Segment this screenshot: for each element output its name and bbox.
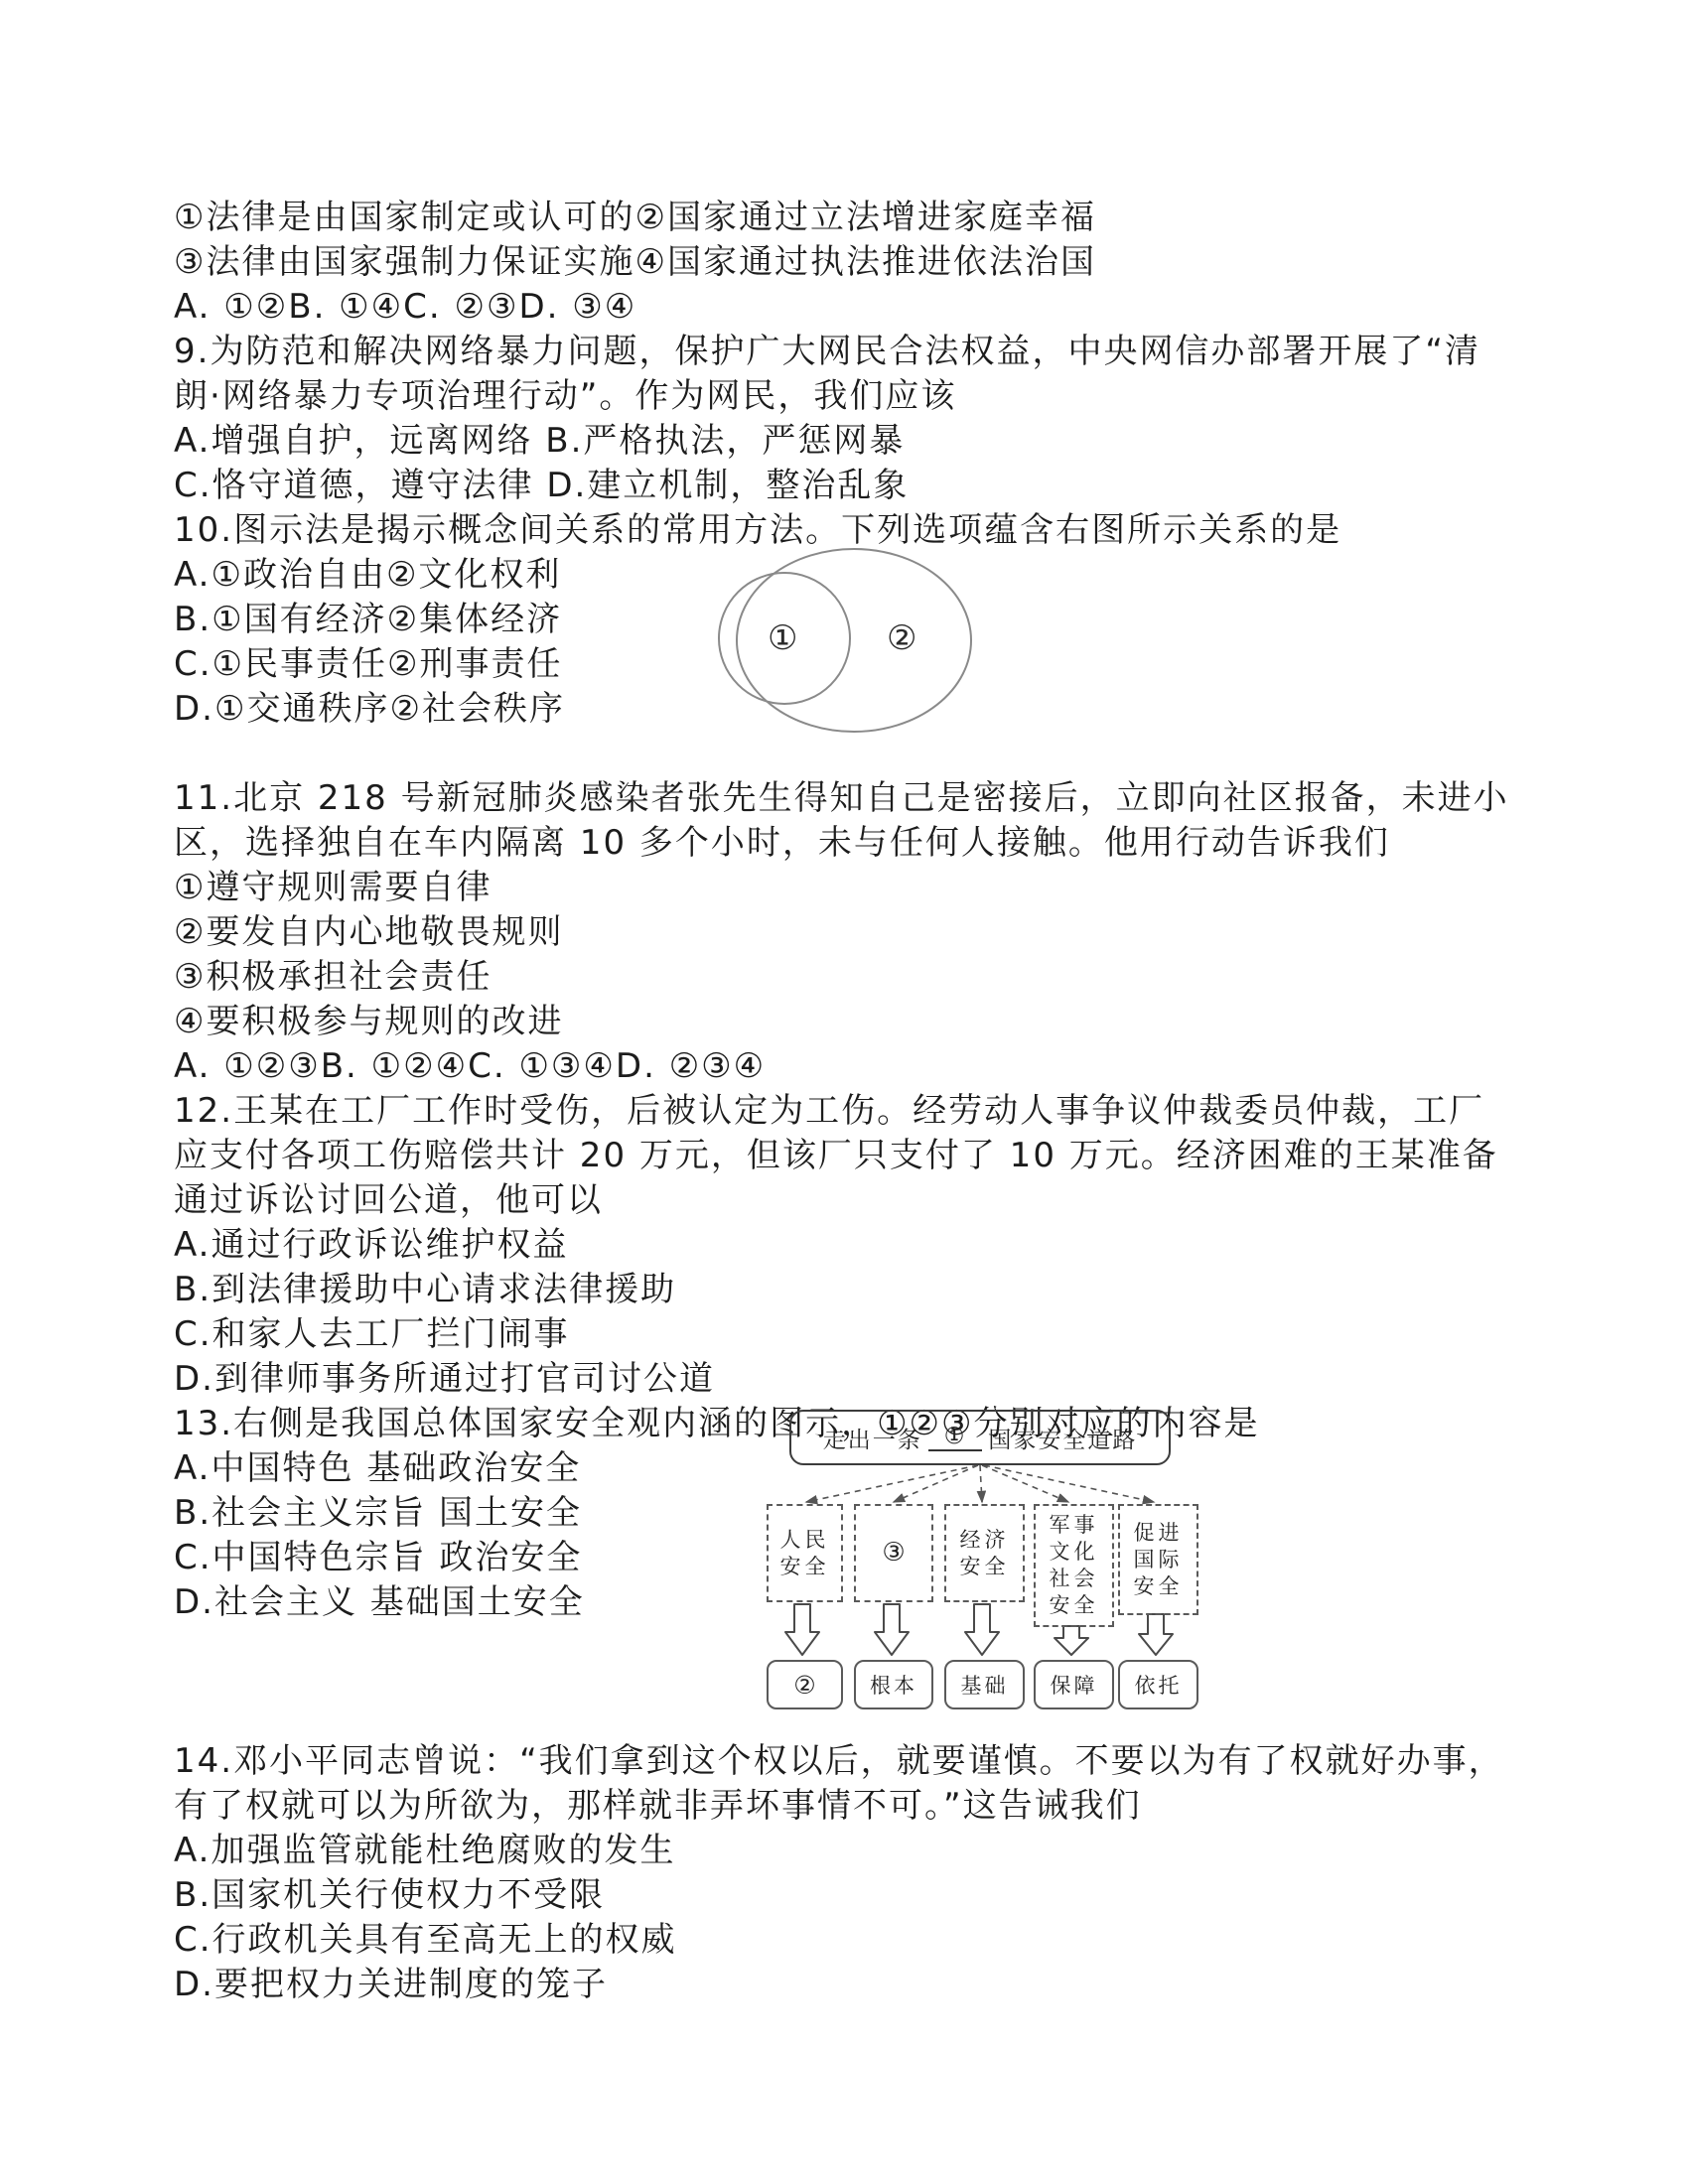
exam-page: ①法律是由国家制定或认可的②国家通过立法增进家庭幸福 ③法律由国家强制力保证实施… bbox=[0, 0, 1688, 2184]
flowchart-title-blank: ① bbox=[928, 1424, 983, 1451]
connector-line bbox=[984, 1465, 1154, 1502]
text-line: A.增强自护，远离网络 B.严格执法，严惩网暴 bbox=[174, 419, 905, 464]
text-line: A.①政治自由②文化权利 bbox=[174, 553, 561, 598]
venn-diagram: ① ② bbox=[650, 541, 988, 745]
block-arrow bbox=[875, 1604, 909, 1655]
flowchart-box-label: 人民安全 bbox=[778, 1527, 832, 1580]
flowchart-title-prefix: 走出一条 bbox=[823, 1422, 922, 1454]
text-line: ④要积极参与规则的改进 bbox=[174, 1000, 563, 1044]
text-line: A. ①②B. ①④C. ②③D. ③④ bbox=[174, 285, 636, 330]
text-line: 朗·网络暴力专项治理行动”。作为网民，我们应该 bbox=[174, 374, 956, 419]
venn-shapes bbox=[650, 541, 988, 745]
text-line: 11.北京 218 号新冠肺炎感染者张先生得知自己是密接后，立即向社区报备，未进… bbox=[174, 776, 1509, 821]
text-line: C.中国特色宗旨 政治安全 bbox=[174, 1536, 582, 1580]
text-line: 14.邓小平同志曾说：“我们拿到这个权以后，就要谨慎。不要以为有了权就好办事， bbox=[174, 1739, 1504, 1784]
flowchart-title-suffix: 国家安全道路 bbox=[988, 1422, 1137, 1454]
flowchart-box-international-security: 促进国际安全 bbox=[1118, 1504, 1198, 1615]
text-line: B.①国有经济②集体经济 bbox=[174, 598, 562, 642]
text-line: ③法律由国家强制力保证实施④国家通过执法推进依法治国 bbox=[174, 240, 1096, 285]
flowchart-result-guarantee: 保障 bbox=[1034, 1660, 1114, 1709]
text-line: 区，选择独自在车内隔离 10 多个小时，未与任何人接触。他用行动告诉我们 bbox=[174, 821, 1390, 866]
text-line: ①法律是由国家制定或认可的②国家通过立法增进家庭幸福 bbox=[174, 196, 1096, 240]
text-line: C.行政机关具有至高无上的权威 bbox=[174, 1918, 677, 1963]
block-arrow bbox=[1055, 1626, 1088, 1655]
text-line: A.中国特色 基础政治安全 bbox=[174, 1446, 581, 1491]
block-arrow bbox=[785, 1604, 819, 1655]
text-line: ②要发自内心地敬畏规则 bbox=[174, 910, 563, 955]
flowchart-result-blank-2: ② bbox=[767, 1660, 843, 1709]
flowchart-box-label: 促进国际安全 bbox=[1132, 1520, 1186, 1600]
connector-line bbox=[982, 1465, 1068, 1502]
flowchart-box-economic-security: 经济安全 bbox=[944, 1504, 1025, 1602]
text-line: C.①民事责任②刑事责任 bbox=[174, 642, 563, 687]
connector-line bbox=[980, 1465, 982, 1502]
block-arrow bbox=[965, 1604, 999, 1655]
text-line: 12.王某在工厂工作时受伤，后被认定为工伤。经劳动人事争议仲裁委员仲裁，工厂 bbox=[174, 1089, 1484, 1134]
text-line: D.要把权力关进制度的笼子 bbox=[174, 1963, 608, 2007]
text-line: ①遵守规则需要自律 bbox=[174, 866, 492, 910]
text-line: A.加强监管就能杜绝腐败的发生 bbox=[174, 1829, 675, 1873]
text-line: D.社会主义 基础国土安全 bbox=[174, 1580, 585, 1625]
text-line: A.通过行政诉讼维护权益 bbox=[174, 1223, 568, 1268]
text-line: 9.为防范和解决网络暴力问题，保护广大网民合法权益，中央网信办部署开展了“清 bbox=[174, 330, 1480, 374]
block-arrow bbox=[1139, 1614, 1173, 1655]
flowchart-title-box: 走出一条 ① 国家安全道路 bbox=[789, 1410, 1171, 1465]
text-line: B.国家机关行使权力不受限 bbox=[174, 1873, 605, 1918]
flowchart-result-foundation: 基础 bbox=[944, 1660, 1025, 1709]
flowchart-result-root: 根本 bbox=[854, 1660, 933, 1709]
text-line: B.到法律援助中心请求法律援助 bbox=[174, 1268, 676, 1312]
text-line: 应支付各项工伤赔偿共计 20 万元，但该厂只支付了 10 万元。经济困难的王某准… bbox=[174, 1134, 1498, 1178]
flowchart-box-military-cultural-social-security: 军事文化社会安全 bbox=[1034, 1504, 1114, 1627]
flowchart-box-people-security: 人民安全 bbox=[767, 1504, 843, 1602]
text-line: ③积极承担社会责任 bbox=[174, 955, 492, 1000]
text-line: 通过诉讼讨回公道，他可以 bbox=[174, 1178, 603, 1223]
text-line: C.恪守道德，遵守法律 D.建立机制，整治乱象 bbox=[174, 464, 909, 508]
connector-line bbox=[894, 1465, 978, 1502]
text-line: D.①交通秩序②社会秩序 bbox=[174, 687, 565, 732]
venn-inner-label: ① bbox=[768, 619, 797, 657]
flowchart-result-support: 依托 bbox=[1118, 1660, 1198, 1709]
connector-line bbox=[806, 1465, 978, 1502]
text-line: C.和家人去工厂拦门闹事 bbox=[174, 1312, 570, 1357]
text-line: A. ①②③B. ①②④C. ①③④D. ②③④ bbox=[174, 1044, 766, 1089]
text-line: 有了权就可以为所欲为，那样就非弄坏事情不可。”这告诫我们 bbox=[174, 1784, 1142, 1829]
text-line: D.到律师事务所通过打官司讨公道 bbox=[174, 1357, 715, 1402]
text-line: B.社会主义宗旨 国土安全 bbox=[174, 1491, 582, 1536]
flowchart-box-label: ③ bbox=[867, 1540, 920, 1567]
flowchart-box-label: 经济安全 bbox=[958, 1527, 1012, 1580]
flowchart-box-blank-3: ③ bbox=[854, 1504, 933, 1602]
venn-outer-label: ② bbox=[887, 619, 916, 657]
flowchart-box-label: 军事文化社会安全 bbox=[1048, 1512, 1101, 1619]
national-security-flowchart: 走出一条 ① 国家安全道路 人民安全 ③ 经济安全 军事文化社会安全 促进国际安… bbox=[765, 1410, 1201, 1712]
